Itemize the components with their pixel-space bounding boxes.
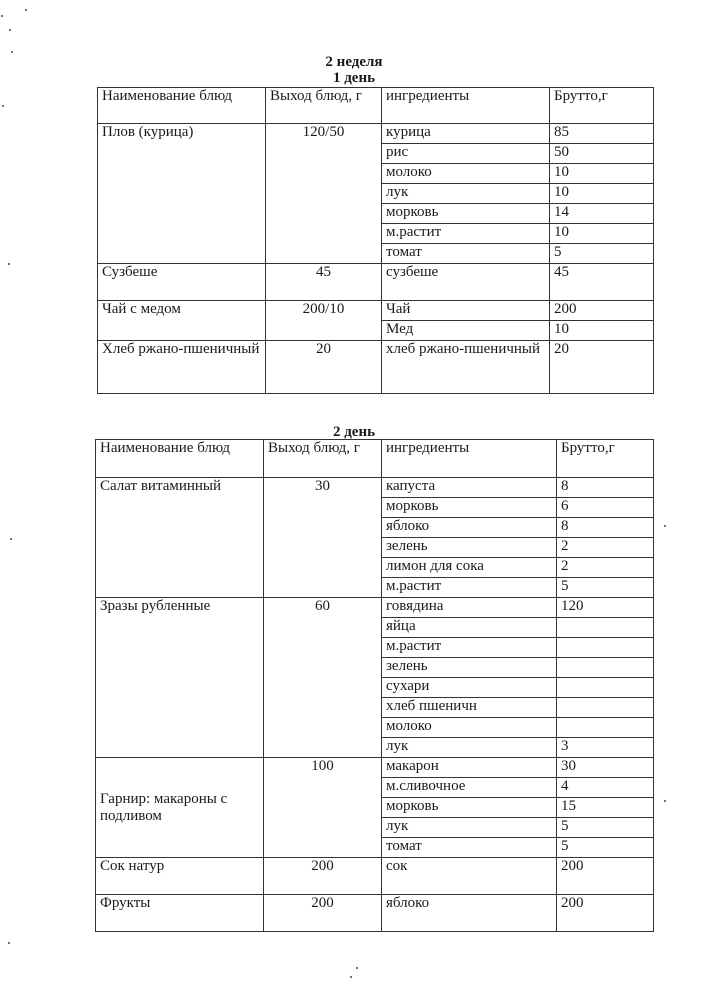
- header-ingredients: ингредиенты: [382, 440, 557, 478]
- dish-name: Хлеб ржано-пшеничный: [98, 341, 266, 394]
- dish-name: Фрукты: [96, 895, 264, 932]
- ingredient-gross: 8: [557, 478, 654, 498]
- ingredient-name: м.растит: [382, 578, 557, 598]
- table-row: Гарнир: макароны с подливом100макарон30: [96, 758, 654, 778]
- header-dish: Наименование блюд: [98, 88, 266, 124]
- ingredient-name: курица: [382, 124, 550, 144]
- ingredient-name: яблоко: [382, 518, 557, 538]
- ingredient-gross: [557, 718, 654, 738]
- table-row: Фрукты200яблоко200: [96, 895, 654, 932]
- header-gross: Брутто,г: [550, 88, 654, 124]
- scan-speck: [664, 525, 666, 527]
- dish-output: 200: [264, 858, 382, 895]
- dish-output: 30: [264, 478, 382, 598]
- ingredient-gross: 8: [557, 518, 654, 538]
- ingredient-gross: 5: [557, 838, 654, 858]
- ingredient-gross: 10: [550, 321, 654, 341]
- ingredient-gross: 15: [557, 798, 654, 818]
- ingredient-name: томат: [382, 244, 550, 264]
- ingredient-name: лук: [382, 184, 550, 204]
- ingredient-name: лимон для сока: [382, 558, 557, 578]
- ingredient-name: яблоко: [382, 895, 557, 932]
- dish-output: 20: [266, 341, 382, 394]
- ingredient-name: сузбеше: [382, 264, 550, 301]
- dish-name: Чай с медом: [98, 301, 266, 341]
- ingredient-name: молоко: [382, 718, 557, 738]
- ingredient-name: м.растит: [382, 224, 550, 244]
- ingredient-name: Чай: [382, 301, 550, 321]
- table-row: Хлеб ржано-пшеничный20хлеб ржано-пшеничн…: [98, 341, 654, 394]
- ingredient-gross: 10: [550, 224, 654, 244]
- ingredient-gross: [557, 618, 654, 638]
- scan-speck: [11, 51, 13, 53]
- ingredient-gross: 50: [550, 144, 654, 164]
- ingredient-gross: 20: [550, 341, 654, 394]
- scan-speck: [8, 263, 10, 265]
- ingredient-gross: [557, 638, 654, 658]
- ingredient-name: макарон: [382, 758, 557, 778]
- ingredient-gross: 85: [550, 124, 654, 144]
- ingredient-name: томат: [382, 838, 557, 858]
- dish-name: Сок натур: [96, 858, 264, 895]
- scan-speck: [356, 967, 358, 969]
- dish-output: 120/50: [266, 124, 382, 264]
- ingredient-name: говядина: [382, 598, 557, 618]
- scan-speck: [350, 976, 352, 978]
- ingredient-name: хлеб ржано-пшеничный: [382, 341, 550, 394]
- ingredient-name: лук: [382, 818, 557, 838]
- ingredient-name: хлеб пшеничн: [382, 698, 557, 718]
- dish-name: Сузбеше: [98, 264, 266, 301]
- ingredient-gross: 120: [557, 598, 654, 618]
- ingredient-gross: 10: [550, 164, 654, 184]
- ingredient-gross: 30: [557, 758, 654, 778]
- ingredient-gross: 6: [557, 498, 654, 518]
- week-title: 2 неделя: [0, 54, 708, 70]
- day-1-title: 1 день: [0, 70, 708, 86]
- table-header-row: Наименование блюд Выход блюд, г ингредие…: [98, 88, 654, 124]
- table-row: Салат витаминный30капуста8: [96, 478, 654, 498]
- dish-output: 60: [264, 598, 382, 758]
- ingredient-gross: 5: [557, 818, 654, 838]
- dish-output: 45: [266, 264, 382, 301]
- table-row: Сок натур200сок200: [96, 858, 654, 895]
- ingredient-name: молоко: [382, 164, 550, 184]
- day-2-menu-table: Наименование блюд Выход блюд, г ингредие…: [95, 439, 654, 932]
- dish-output: 100: [264, 758, 382, 858]
- ingredient-name: рис: [382, 144, 550, 164]
- ingredient-name: лук: [382, 738, 557, 758]
- ingredient-gross: 2: [557, 558, 654, 578]
- ingredient-name: морковь: [382, 498, 557, 518]
- ingredient-name: м.сливочное: [382, 778, 557, 798]
- ingredient-gross: 200: [557, 895, 654, 932]
- ingredient-gross: [557, 658, 654, 678]
- ingredient-name: зелень: [382, 658, 557, 678]
- header-dish: Наименование блюд: [96, 440, 264, 478]
- table-header-row: Наименование блюд Выход блюд, г ингредие…: [96, 440, 654, 478]
- ingredient-gross: [557, 678, 654, 698]
- dish-name: Плов (курица): [98, 124, 266, 264]
- scan-speck: [10, 538, 12, 540]
- day-2-title: 2 день: [0, 424, 708, 440]
- scan-speck: [2, 105, 4, 107]
- ingredient-name: м.растит: [382, 638, 557, 658]
- header-output: Выход блюд, г: [264, 440, 382, 478]
- ingredient-name: зелень: [382, 538, 557, 558]
- ingredient-gross: 2: [557, 538, 654, 558]
- header-output: Выход блюд, г: [266, 88, 382, 124]
- header-ingredients: ингредиенты: [382, 88, 550, 124]
- ingredient-name: яйца: [382, 618, 557, 638]
- ingredient-gross: 3: [557, 738, 654, 758]
- dish-name: Гарнир: макароны с подливом: [96, 758, 264, 858]
- ingredient-name: сухари: [382, 678, 557, 698]
- ingredient-gross: 45: [550, 264, 654, 301]
- ingredient-gross: [557, 698, 654, 718]
- ingredient-gross: 5: [550, 244, 654, 264]
- ingredient-name: морковь: [382, 204, 550, 224]
- ingredient-name: Мед: [382, 321, 550, 341]
- day-1-menu-table: Наименование блюд Выход блюд, г ингредие…: [97, 87, 654, 394]
- ingredient-name: сок: [382, 858, 557, 895]
- scan-speck: [25, 9, 27, 11]
- dish-output: 200: [264, 895, 382, 932]
- ingredient-gross: 200: [550, 301, 654, 321]
- table-row: Сузбеше45сузбеше45: [98, 264, 654, 301]
- dish-output: 200/10: [266, 301, 382, 341]
- ingredient-gross: 10: [550, 184, 654, 204]
- table-row: Зразы рубленные60говядина120: [96, 598, 654, 618]
- ingredient-name: морковь: [382, 798, 557, 818]
- dish-name: Салат витаминный: [96, 478, 264, 598]
- dish-name: Зразы рубленные: [96, 598, 264, 758]
- table-row: Чай с медом200/10Чай200: [98, 301, 654, 321]
- scan-speck: [9, 29, 11, 31]
- ingredient-gross: 14: [550, 204, 654, 224]
- ingredient-name: капуста: [382, 478, 557, 498]
- ingredient-gross: 4: [557, 778, 654, 798]
- ingredient-gross: 5: [557, 578, 654, 598]
- header-gross: Брутто,г: [557, 440, 654, 478]
- scan-speck: [664, 800, 666, 802]
- scan-speck: [1, 15, 3, 17]
- scan-speck: [8, 942, 10, 944]
- table-row: Плов (курица)120/50курица85: [98, 124, 654, 144]
- ingredient-gross: 200: [557, 858, 654, 895]
